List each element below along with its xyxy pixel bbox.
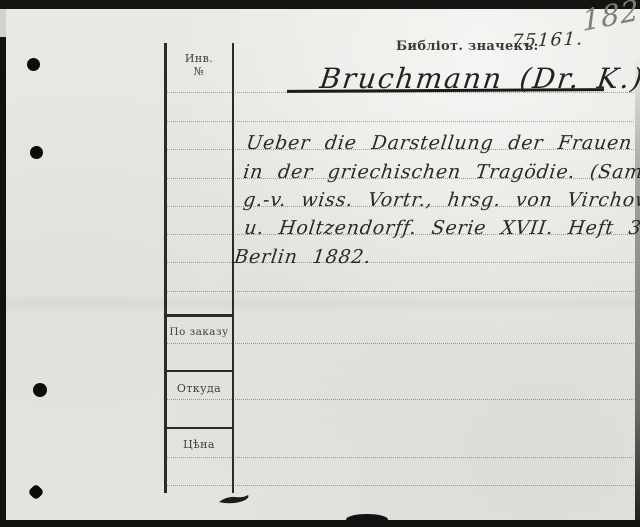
scan-left-edge-light — [0, 9, 6, 37]
field-label-order: По заказу — [164, 326, 234, 338]
scan-bottom-edge-blob — [346, 514, 388, 525]
ruled-line — [166, 291, 634, 292]
ruled-line — [166, 121, 634, 122]
accession-number: 75161. — [511, 28, 584, 52]
ruled-line — [166, 399, 634, 400]
title-line: Berlin 1882. — [233, 246, 372, 268]
field-label-inventory: Инв. — [164, 52, 234, 65]
ink-squiggle — [218, 493, 252, 505]
column-right-rule — [232, 43, 235, 493]
scan-right-edge — [635, 55, 640, 527]
field-label-price: Цѣна — [164, 438, 234, 451]
paper-crease — [0, 294, 640, 312]
title-line: in der griechischen Tragödie. (Samml. — [242, 161, 640, 183]
column-separator — [164, 370, 234, 373]
field-label-origin: Откуда — [164, 382, 234, 395]
ruled-line — [166, 485, 634, 486]
hole-punch-dot — [27, 58, 40, 71]
hole-punch-dot — [30, 146, 43, 159]
scan-top-edge — [0, 0, 640, 9]
hole-punch-dot — [28, 484, 45, 501]
hole-punch-dot — [33, 383, 47, 397]
ruled-line — [166, 457, 634, 458]
scan-bottom-edge — [0, 520, 640, 527]
catalog-card-scan: Инв. № По заказу Откуда Цѣна Библіот. зн… — [0, 0, 640, 527]
title-line: g.-v. wiss. Vortr., hrsg. von Virchow — [242, 189, 640, 211]
title-line: u. Holtzendorff. Serie XVII. Heft 391.) — [243, 217, 640, 239]
column-separator — [164, 314, 234, 317]
column-left-rule — [164, 43, 167, 493]
page-number: 182 — [581, 0, 640, 38]
field-label-inventory-number-sign: № — [164, 65, 234, 78]
ruled-line — [166, 343, 634, 344]
scan-left-edge — [0, 37, 6, 527]
title-line: Ueber die Darstellung der Frauen — [245, 132, 634, 154]
column-separator — [164, 427, 234, 430]
